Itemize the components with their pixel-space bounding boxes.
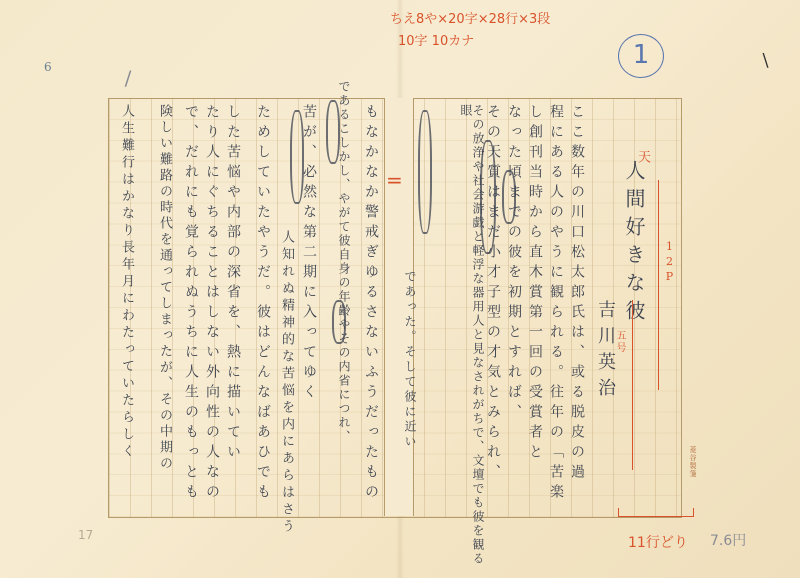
bottom-bracket bbox=[618, 508, 694, 517]
deletion-scribble bbox=[502, 170, 516, 224]
text-column: 程にある人のやうに観られる。往年の「苦楽 bbox=[549, 104, 563, 504]
pencil-note-left: 17 bbox=[78, 528, 93, 542]
editor-note-typesetting: ちえ8や×20字×28行×3段 bbox=[390, 8, 550, 27]
deletion-scribble bbox=[480, 140, 496, 254]
deletion-scribble bbox=[332, 300, 346, 344]
author-bracket bbox=[626, 300, 633, 470]
text-column: 人生難行はかなり長年月にわたっていたらしく bbox=[120, 104, 133, 461]
editor-note-bottom: 11行どり bbox=[628, 532, 688, 552]
deletion-scribble bbox=[326, 100, 340, 164]
text-column: たり人にぐちることはしない外向性の人なの bbox=[205, 104, 219, 504]
insert-column: であった。そして彼に近い bbox=[404, 270, 416, 450]
text-column: ここ数年の川口松太郎氏は、或る脱皮の過 bbox=[570, 104, 584, 484]
title-bracket bbox=[650, 180, 659, 390]
page-number: 6 bbox=[44, 60, 52, 74]
text-column: 苦が、必然な第二期に入ってゆく bbox=[302, 104, 316, 404]
text-column: 人知れぬ精神的な苦悩を内にあらはさう bbox=[280, 230, 293, 536]
deletion-scribble bbox=[418, 110, 432, 234]
author-size-mark: 五号 bbox=[614, 330, 624, 354]
text-column: した苦悩や内部の深省を、熱に描いてい bbox=[226, 104, 240, 464]
insertion-mark-icon: = bbox=[386, 168, 403, 192]
slash-mark-icon: / bbox=[118, 66, 138, 96]
manuscript-sheet: ちえ8や×20字×28行×3段 10字 10カナ 6 1 = 天 人間好きな彼 … bbox=[0, 0, 800, 578]
text-column: ためしていたやうだ。彼はどんなばあひでも bbox=[256, 104, 270, 504]
text-column: で、だれにも覚られぬうちに人生のもっとも bbox=[184, 104, 198, 504]
text-column: なった頃までの彼を初期とすれば、 bbox=[507, 104, 521, 424]
editor-note-font: 10字 10カナ bbox=[398, 30, 474, 49]
text-column: もなかなか警戒ぎゆるさないふうだったもの bbox=[364, 104, 378, 504]
text-column: 険しい難路の時代を通ってしまったが、その中期の bbox=[158, 104, 171, 472]
deletion-scribble bbox=[290, 110, 304, 204]
manuscript-title: 人間好きな彼 bbox=[620, 160, 649, 328]
circled-page-number: 1 bbox=[618, 34, 664, 78]
slash-mark-icon: \ bbox=[756, 50, 774, 77]
text-column: し創刊当時から直木賞第一回の受賞者と bbox=[528, 104, 542, 464]
paper-maker-stamp: 菱谷製箋 bbox=[688, 446, 698, 478]
pencil-note-bottom: 7.6円 bbox=[710, 530, 746, 550]
title-size-mark: 12P bbox=[664, 240, 675, 285]
